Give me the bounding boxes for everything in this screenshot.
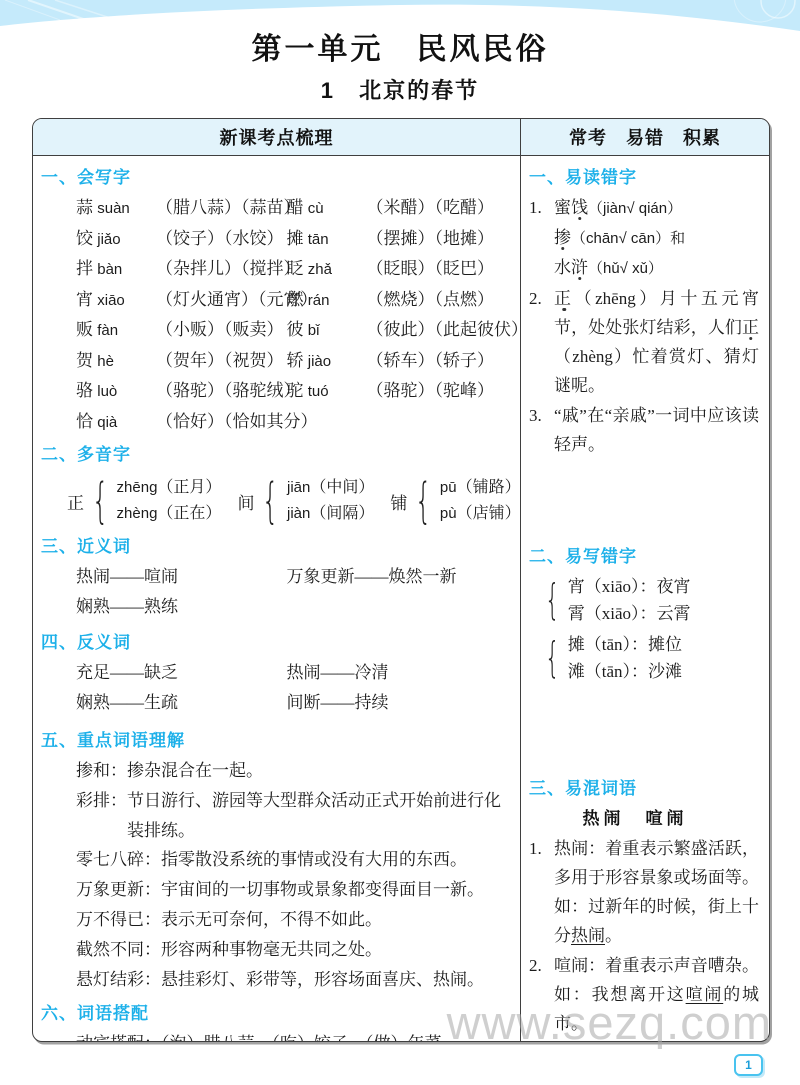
polyphonic-group: 间 { jiān（中间） jiàn（间隔） [237,475,374,527]
hanzi: 燃 [286,290,303,309]
unit-title: 第一单元 民风民俗 [0,24,800,68]
keyword-term: 彩排： [76,786,127,846]
keyword-term: 万不得已： [76,905,161,935]
misread-lines: 蜜饯（jiàn√ qián） 掺（chān√ cān）和 水浒（hǔ√ xǔ） [554,193,759,283]
word-pair: 间断——持续 [286,688,510,718]
synonym-row: 娴熟——熟练 [76,592,510,622]
pinyin-options: （jiàn√ qián） [588,200,682,217]
item-number: 1. [529,193,554,283]
keyword-term: 零七八碎： [76,845,161,875]
pinyin: jiān [287,479,310,496]
keyword-definition: 悬挂彩灯、彩带等，形容场面喜庆、热闹。 [161,965,510,995]
hanzi: 蒜 [76,198,93,217]
char-entry: 轿 jiào（轿车）（轿子） [286,346,510,377]
section-heading-collocations: 六、词语搭配 [41,1002,510,1026]
emphasized-char: 浒 [571,258,588,277]
example-words: （饺子）（水饺） [156,224,286,255]
misread-note: “戚”在“亲戚”一词中应该读轻声。 [554,401,759,459]
example-words: （杂拌儿）（搅拌） [156,254,301,285]
char-entry: 燃 rán（燃烧）（点燃） [286,285,510,316]
confusable-item: 1. 热闹：着重表示繁盛活跃，多用于形容景象或场面等。如：过新年的时候，街上十分… [529,834,759,950]
example-word: （铺路） [457,479,521,496]
text: （zhèng）忙着赏灯、猜灯谜呢。 [554,347,759,395]
brace-glyph: { [545,637,560,679]
synonym-row: 热闹——喧闹 万象更新——焕然一新 [76,562,510,592]
pinyin: rán [308,292,330,309]
right-column: 一、易读错字 1. 蜜饯（jiàn√ qián） 掺（chān√ cān）和 水… [521,156,769,1041]
brace-glyph: { [545,579,560,621]
keyword-definition: 宇宙间的一切事物或景象都变得面目一新。 [161,875,510,905]
collocations-block: 动宾搭配：（泡）腊八蒜 （吃）饺子 （做）年菜 （放）鞭炮 （逛）庙会 （贴）对… [76,1029,510,1041]
underlined-word: 热闹 [571,926,605,945]
section-heading-confusable: 三、易混词语 [529,777,759,801]
hanzi: 铺 [390,489,407,514]
page-number-badge: 1 [734,1054,763,1076]
section-heading-write-chars: 一、会写字 [41,166,510,190]
workbook-page: 第一单元 民风民俗 1 北京的春节 新课考点梳理 常考 易错 积累 一、会写字 … [0,0,800,1085]
example-words: （腊八蒜）（蒜苗） [156,193,301,224]
item-number: 3. [529,401,554,459]
keyword-item: 掺和：掺杂混合在一起。 [76,756,510,786]
example-words: （骆驼）（骆驼绒） [156,376,301,407]
hanzi: 恰 [76,412,93,431]
polyphonic-row: 正 { zhēng（正月） zhèng（正在） 间 { jiān（中间） jià… [67,475,510,527]
word-pair: 热闹——冷清 [286,658,510,688]
write-char-row: 宵 xiāo（灯火通宵）（元宵） 燃 rán（燃烧）（点燃） [76,285,510,316]
hanzi: 醋 [286,198,303,217]
miswritten-line: 滩（tān）：沙滩 [568,658,682,685]
emphasized-char: 掺 [554,228,571,247]
miswritten-group: { 宵（xiāo）：夜宵 霄（xiāo）：云霄 [539,573,759,627]
keyword-item: 悬灯结彩：悬挂彩灯、彩带等，形容场面喜庆、热闹。 [76,965,510,995]
keyword-item: 零七八碎：指零散没系统的事情或没有大用的东西。 [76,845,510,875]
hanzi: 摊 [286,229,303,248]
brace-glyph: { [92,477,109,525]
char-entry: 宵 xiāo（灯火通宵）（元宵） [76,285,286,316]
section-heading-keywords: 五、重点词语理解 [41,729,510,753]
char-entry: 贩 fàn（小贩）（贩卖） [76,315,286,346]
keyword-definition: 节日游行、游园等大型群众活动正式开始前进行化装排练。 [127,786,510,846]
example-word: （正月） [157,479,221,496]
hanzi: 驼 [286,381,303,400]
example-word: （间隔） [310,505,374,522]
write-char-row: 蒜 suàn（腊八蒜）（蒜苗） 醋 cù（米醋）（吃醋） [76,193,510,224]
pinyin: zhēng [117,479,158,496]
polyphonic-group: 正 { zhēng（正月） zhèng（正在） [67,475,221,527]
hanzi: 间 [237,489,254,514]
antonym-row: 充足——缺乏 热闹——冷清 [76,658,510,688]
pinyin-options: （chān√ cān）和 [571,230,685,247]
section-heading-synonyms: 三、近义词 [41,535,510,559]
hanzi: 眨 [286,259,303,278]
hanzi: 拌 [76,259,93,278]
example-words: （摆摊）（地摊） [366,224,510,255]
brace-glyph: { [415,477,432,525]
miswritten-group: { 摊（tān）：摊位 滩（tān）：沙滩 [539,631,759,685]
item-number: 1. [529,834,554,950]
word-pair [286,592,510,622]
word-pair: 娴熟——熟练 [76,592,286,622]
keywords-list: 掺和：掺杂混合在一起。 彩排：节日游行、游园等大型群众活动正式开始前进行化装排练… [76,756,510,994]
confusable-text: 热闹：着重表示繁盛活跃，多用于形容景象或场面等。如：过新年的时候，街上十分热闹。 [554,834,759,950]
keyword-definition: 指零散没系统的事情或没有大用的东西。 [161,845,510,875]
watermark: www.sezq.com [447,995,772,1050]
pinyin: hè [97,353,114,370]
miswritten-line: 摊（tān）：摊位 [568,631,682,658]
item-number: 2. [529,284,554,400]
pinyin-options: （hǔ√ xǔ） [588,260,663,277]
example-word: （正在） [157,505,221,522]
left-column: 一、会写字 蒜 suàn（腊八蒜）（蒜苗） 醋 cù（米醋）（吃醋） 饺 jiǎ… [33,156,521,1041]
text: 水 [554,258,571,277]
example-words: （燃烧）（点燃） [366,285,510,316]
pinyin: tān [308,231,329,248]
pinyin: qià [97,414,117,431]
lesson-name: 北京的春节 [359,78,479,103]
keyword-term: 截然不同： [76,935,161,965]
example-word: （中间） [310,479,374,496]
write-char-row: 拌 bàn（杂拌儿）（搅拌） 眨 zhǎ（眨眼）（眨巴） [76,254,510,285]
section-heading-misread: 一、易读错字 [529,166,759,190]
pinyin: jiǎo [97,231,120,248]
misread-sentence: 正（zhēng）月十五元宵节，处处张灯结彩，人们正（zhèng）忙着赏灯、猜灯谜… [554,284,759,400]
char-entry: 彼 bǐ（彼此）（此起彼伏） [286,315,510,346]
hanzi: 贺 [76,351,93,370]
write-chars-list: 蒜 suàn（腊八蒜）（蒜苗） 醋 cù（米醋）（吃醋） 饺 jiǎo（饺子）（… [76,193,510,437]
char-entry: 驼 tuó（骆驼）（驼峰） [286,376,510,407]
antonym-row: 娴熟——生疏 间断——持续 [76,688,510,718]
polyphonic-group: 铺 { pū（铺路） pù（店铺） [390,475,520,527]
synonyms-list: 热闹——喧闹 万象更新——焕然一新 娴熟——熟练 [76,562,510,621]
text: 蜜 [554,198,571,217]
char-entry: 醋 cù（米醋）（吃醋） [286,193,510,224]
keyword-definition: 掺杂混合在一起。 [127,756,510,786]
pinyin: jiàn [287,505,310,522]
pinyin: bàn [97,261,122,278]
emphasized-char: 饯 [571,198,588,217]
pinyin: xiāo [97,292,125,309]
lesson-number: 1 [321,78,335,103]
example-words: （贺年）（祝贺） [156,346,286,377]
char-entry: 摊 tān（摆摊）（地摊） [286,224,510,255]
emphasized-char: 正 [742,318,759,337]
miswritten-line: 霄（xiāo）：云霄 [568,600,691,627]
pinyin: tuó [308,383,329,400]
char-entry: 拌 bàn（杂拌儿）（搅拌） [76,254,286,285]
keyword-term: 万象更新： [76,875,161,905]
word-pair: 热闹——喧闹 [76,562,286,592]
confusable-word-pair: 热闹 喧闹 [529,804,741,833]
emphasized-char: 正 [554,289,575,308]
misread-item: 1. 蜜饯（jiàn√ qián） 掺（chān√ cān）和 水浒（hǔ√ x… [529,193,759,283]
misread-line: 水浒（hǔ√ xǔ） [554,253,759,283]
word-pair: 万象更新——焕然一新 [286,562,510,592]
misread-item: 2. 正（zhēng）月十五元宵节，处处张灯结彩，人们正（zhèng）忙着赏灯、… [529,284,759,400]
hanzi: 贩 [76,320,93,339]
hanzi: 轿 [286,351,303,370]
brace-glyph: { [262,477,279,525]
miswritten-line: 宵（xiāo）：夜宵 [568,573,691,600]
section-heading-antonyms: 四、反义词 [41,631,510,655]
keyword-item: 万象更新：宇宙间的一切事物或景象都变得面目一新。 [76,875,510,905]
text: （zhēng）月十五元宵节，处处张灯结彩，人们 [554,289,759,337]
keyword-item: 万不得已：表示无可奈何，不得不如此。 [76,905,510,935]
pinyin: pù [440,505,457,522]
content-table: 新课考点梳理 常考 易错 积累 一、会写字 蒜 suàn（腊八蒜）（蒜苗） 醋 … [32,118,770,1042]
example-words: （眨眼）（眨巴） [366,254,510,285]
write-char-row: 贺 hè（贺年）（祝贺） 轿 jiào（轿车）（轿子） [76,346,510,377]
char-entry: 饺 jiǎo（饺子）（水饺） [76,224,286,255]
example-words: （骆驼）（驼峰） [366,376,510,407]
misread-item: 3. “戚”在“亲戚”一词中应该读轻声。 [529,401,759,459]
pinyin: suàn [97,200,130,217]
hanzi: 彼 [286,320,303,339]
keyword-item: 截然不同：形容两种事物毫无共同之处。 [76,935,510,965]
text: 。 [605,926,622,945]
hanzi: 宵 [76,290,93,309]
pinyin: jiào [308,353,331,370]
pinyin: pū [440,479,457,496]
pinyin: bǐ [308,322,320,339]
write-char-row: 恰 qià（恰好）（恰如其分） [76,407,510,438]
pinyin: cù [308,200,324,217]
example-words: （彼此）（此起彼伏） [366,315,521,346]
word-pair: 充足——缺乏 [76,658,286,688]
keyword-term: 掺和： [76,756,127,786]
misread-line: 蜜饯（jiàn√ qián） [554,193,759,223]
keyword-definition: 形容两种事物毫无共同之处。 [161,935,510,965]
example-word: （店铺） [457,505,521,522]
misread-line: 掺（chān√ cān）和 [554,223,759,253]
antonyms-list: 充足——缺乏 热闹——冷清 娴熟——生疏 间断——持续 [76,658,510,717]
keyword-item: 彩排：节日游行、游园等大型群众活动正式开始前进行化装排练。 [76,786,510,846]
char-entry: 骆 luò（骆驼）（骆驼绒） [76,376,286,407]
example-words: （小贩）（贩卖） [156,315,286,346]
write-char-row: 饺 jiǎo（饺子）（水饺） 摊 tān（摆摊）（地摊） [76,224,510,255]
example-words: （米醋）（吃醋） [366,193,510,224]
table-header-left: 新课考点梳理 [33,119,521,156]
example-words: （轿车）（轿子） [366,346,510,377]
char-entry: 眨 zhǎ（眨眼）（眨巴） [286,254,510,285]
pinyin: luò [97,383,117,400]
collocation-line: 动宾搭配：（泡）腊八蒜 （吃）饺子 （做）年菜 [76,1029,510,1041]
write-char-row: 贩 fàn（小贩）（贩卖） 彼 bǐ（彼此）（此起彼伏） [76,315,510,346]
table-header-right: 常考 易错 积累 [521,119,769,156]
pinyin: zhèng [117,505,158,522]
pinyin: zhǎ [308,261,332,278]
hanzi: 饺 [76,229,93,248]
keyword-term: 悬灯结彩： [76,965,161,995]
write-char-row: 骆 luò（骆驼）（骆驼绒） 驼 tuó（骆驼）（驼峰） [76,376,510,407]
char-entry: 恰 qià（恰好）（恰如其分） [76,407,286,438]
char-entry: 蒜 suàn（腊八蒜）（蒜苗） [76,193,286,224]
hanzi: 骆 [76,381,93,400]
char-entry: 贺 hè（贺年）（祝贺） [76,346,286,377]
lesson-title: 1 北京的春节 [0,74,800,105]
example-words: （恰好）（恰如其分） [156,407,318,438]
word-pair: 娴熟——生疏 [76,688,286,718]
hanzi: 正 [67,489,84,514]
pinyin: fàn [97,322,118,339]
section-heading-miswritten: 二、易写错字 [529,545,759,569]
keyword-definition: 表示无可奈何，不得不如此。 [161,905,510,935]
section-heading-polyphonic: 二、多音字 [41,443,510,467]
